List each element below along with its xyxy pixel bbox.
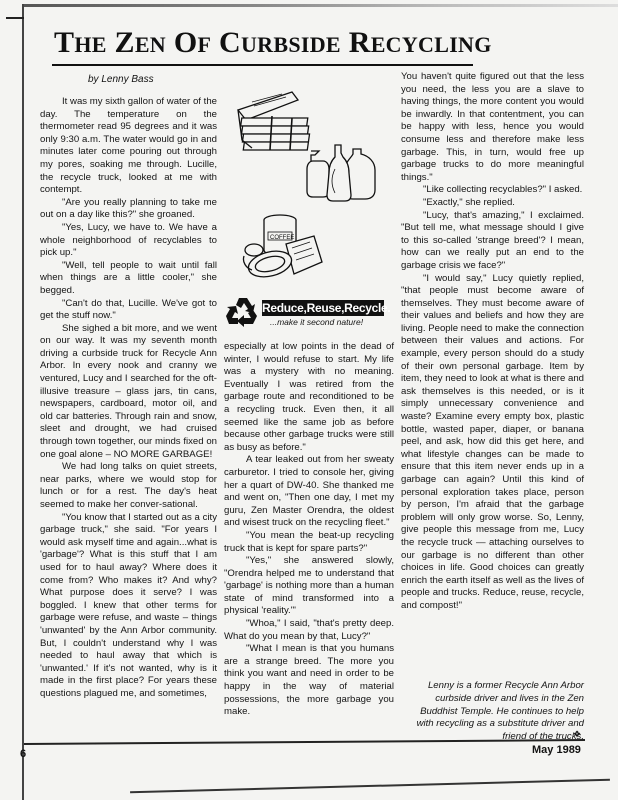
- paragraph: "Can't do that, Lucille. We've got to ge…: [40, 298, 217, 323]
- paragraph: "You know that I started out as a city g…: [40, 512, 217, 701]
- recycle-symbol-icon: [226, 296, 260, 328]
- plastic-bottles-icon: [305, 143, 377, 203]
- slogan-tagline: ...make it second nature!: [270, 317, 363, 327]
- article-column-3: You haven't quite figured out that the l…: [401, 71, 584, 613]
- svg-text:COFFEE: COFFEE: [270, 235, 294, 241]
- author-bio: Lenny is a former Recycle Ann Arbor curb…: [402, 680, 584, 744]
- reduce-reuse-recycle-slogan: Reduce,Reuse,Recycle.: [262, 300, 384, 316]
- page-edge-bottom: [130, 779, 610, 794]
- page-number: 6: [20, 748, 26, 760]
- issue-date: May 1989: [532, 744, 581, 756]
- paragraph: "Whoa," I said, "that's pretty deep. Wha…: [224, 618, 394, 643]
- paragraph: It was my sixth gallon of water of the d…: [40, 96, 217, 197]
- byline: by Lenny Bass: [88, 74, 154, 85]
- paragraph: We had long talks on quiet streets, near…: [40, 461, 217, 511]
- paragraph: "Yes," she answered slowly, "Orendra hel…: [224, 555, 394, 618]
- article-column-2: especially at low points in the dead of …: [224, 341, 394, 719]
- paragraph: "Well, tell people to wait until fall wh…: [40, 260, 217, 298]
- page-edge-left: [22, 4, 24, 800]
- paragraph: "Like collecting recyclables?" I asked.: [401, 184, 584, 197]
- page-edge-top: [22, 4, 618, 7]
- paragraph: "I would say," Lucy quietly replied, "th…: [401, 273, 584, 613]
- paragraph: especially at low points in the dead of …: [224, 341, 394, 454]
- paragraph: "Yes, Lucy, we have to. We have a whole …: [40, 222, 217, 260]
- article-column-1: It was my sixth gallon of water of the d…: [40, 96, 217, 701]
- paragraph: A tear leaked out from her sweaty carbur…: [224, 454, 394, 530]
- article-title: THE ZEN OF CURBSIDE RECYCLING: [54, 26, 474, 60]
- paragraph: "Are you really planning to take me out …: [40, 197, 217, 222]
- paragraph: "Exactly," she replied.: [401, 197, 584, 210]
- paragraph: You haven't quite figured out that the l…: [401, 71, 584, 184]
- paragraph: She sighed a bit more, and we went on ou…: [40, 323, 217, 462]
- paragraph: "What I mean is that you humans are a st…: [224, 643, 394, 719]
- page-edge-tick: [6, 17, 24, 19]
- cans-and-containers-icon: COFFEE: [242, 212, 326, 286]
- title-rule: [52, 64, 473, 66]
- paragraph: "You mean the beat-up recycling truck th…: [224, 530, 394, 555]
- paragraph: "Lucy, that's amazing," I exclaimed. "Bu…: [401, 210, 584, 273]
